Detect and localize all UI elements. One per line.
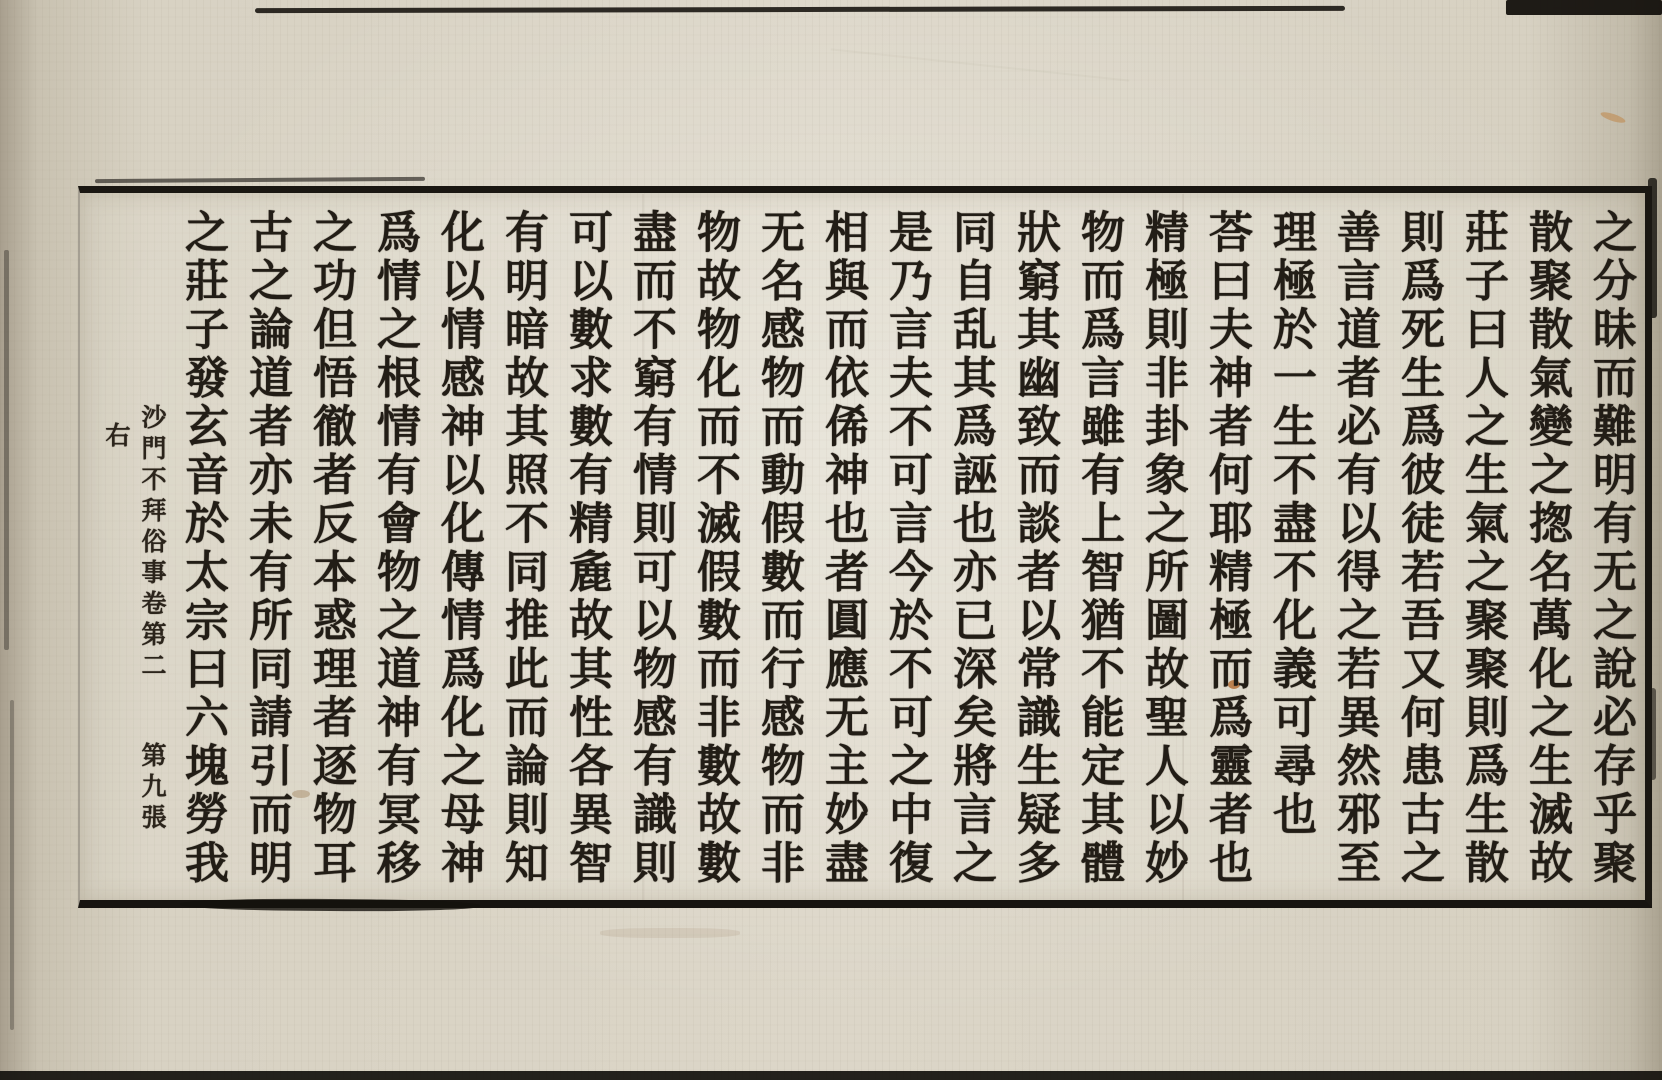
ink-blob-top-right <box>1506 0 1662 15</box>
text-column: 善言道者必有以得之若異然邪至 <box>1340 209 1386 891</box>
text-columns: 之分昧而難明有无之說必存乎聚散聚散氣變之揔名萬化之生滅故莊子曰人之生氣之聚聚則爲… <box>86 209 1642 891</box>
text-column: 理極於一生不盡不化義可尋也 <box>1276 209 1322 891</box>
text-column: 之功但悟徹者反本惑理者逐物耳 <box>316 209 362 891</box>
colophon-title: 沙門不拜俗事卷第二 <box>138 404 167 683</box>
text-column: 盡而不窮有情則可以物感有識則 <box>636 209 682 891</box>
text-column: 无名感物而動假數而行感物而非 <box>764 209 810 891</box>
ink-marks-left-edge-lower <box>10 700 14 1030</box>
text-column: 莊子曰人之生氣之聚聚則爲生散 <box>1468 209 1514 891</box>
page: { "colors": { "paper": "#d8d2c4", "ink":… <box>0 0 1662 1080</box>
paper-stain-4 <box>600 928 740 938</box>
text-column: 可以數求數有精麁故其性各異智 <box>572 209 618 891</box>
text-column: 狀窮其幽致而談者以常識生疑多 <box>1020 209 1066 891</box>
text-column: 化以情感神以化傳情爲化之母神 <box>444 209 490 891</box>
text-column: 之莊子發玄音於太宗曰六塊勞我 <box>188 209 234 891</box>
text-column: 爲情之根情有會物之道神有冥移 <box>380 209 426 891</box>
text-column: 荅曰夫神者何耶精極而爲靈者也 <box>1212 209 1258 891</box>
text-column: 是乃言夫不可言今於不可之中復 <box>892 209 938 891</box>
colophon-side-label: 右 <box>102 422 131 453</box>
text-column: 有明暗故其照不同推此而論則知 <box>508 209 554 891</box>
text-column: 相與而依俙神也者圓應无主妙盡 <box>828 209 874 891</box>
text-column: 同自乱其爲誣也亦已深矣將言之 <box>956 209 1002 891</box>
text-column: 散聚散氣變之揔名萬化之生滅故 <box>1532 209 1578 891</box>
text-column: 精極則非卦象之所圖故聖人以妙 <box>1148 209 1194 891</box>
text-column: 之分昧而難明有无之說必存乎聚 <box>1596 209 1642 891</box>
text-column: 物故物化而不滅假數而非數故數 <box>700 209 746 891</box>
text-column: 物而爲言雖有上智猶不能定其體 <box>1084 209 1130 891</box>
ink-marks-left-edge <box>4 250 9 650</box>
ink-band-bottom-edge <box>0 1071 1662 1080</box>
colophon-column: 沙門不拜俗事卷第二 第九張 右 <box>132 209 170 891</box>
colophon-sheet-number: 第九張 <box>138 742 167 835</box>
text-column: 則爲死生爲彼徒若吾又何患古之 <box>1404 209 1450 891</box>
text-column: 古之論道者亦未有所同請引而明 <box>252 209 298 891</box>
